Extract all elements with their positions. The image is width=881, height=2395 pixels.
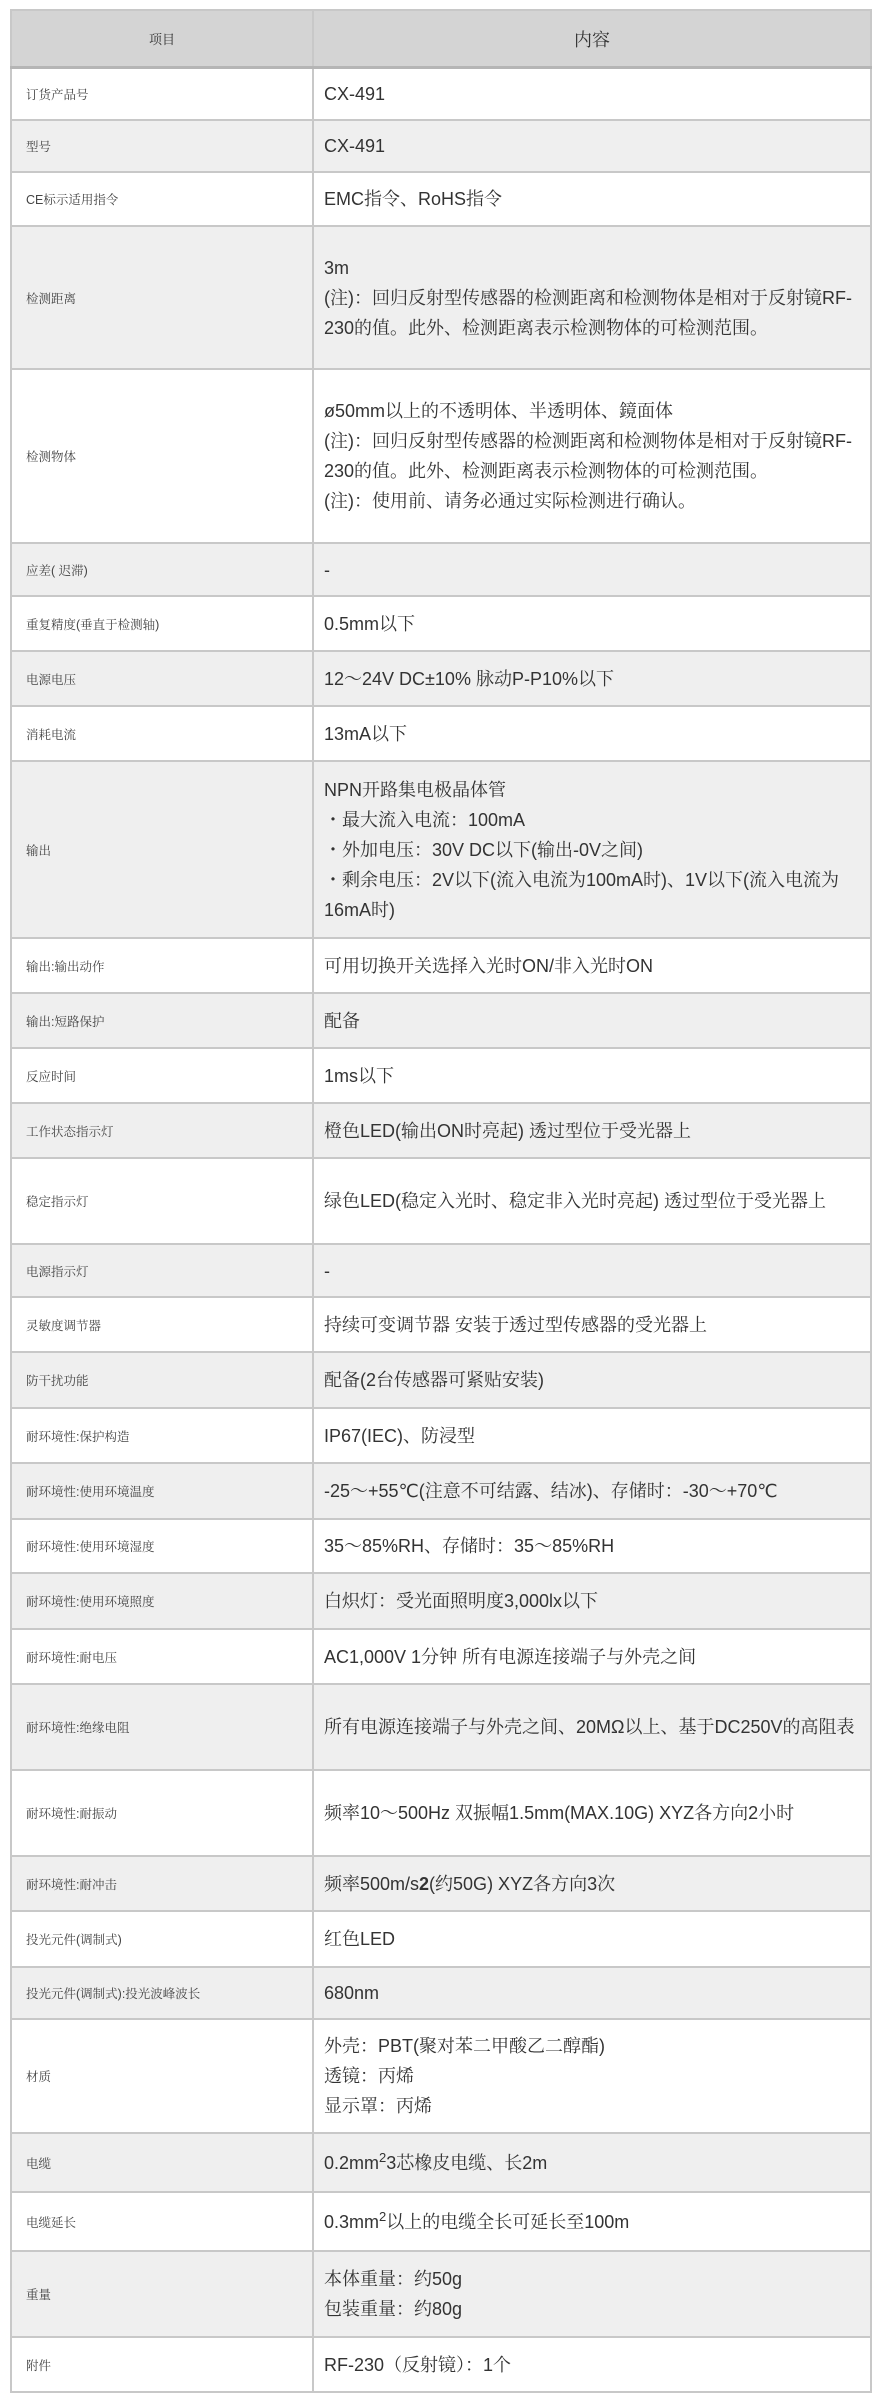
table-row: 输出:输出动作可用切换开关选择入光时ON/非入光时ON [11, 938, 871, 993]
value-line: 13mA以下 [324, 719, 858, 749]
table-row: 输出:短路保护配备 [11, 993, 871, 1048]
table-row: 电源电压12～24V DC±10% 脉动P-P10%以下 [11, 651, 871, 706]
value-text: 0.3mm [324, 2212, 379, 2232]
spec-item-value: 配备(2台传感器可紧贴安装) [313, 1352, 871, 1408]
value-line: 绿色LED(稳定入光时、稳定非入光时亮起) 透过型位于受光器上 [324, 1186, 858, 1216]
spec-item-label: 耐环境性:使用环境温度 [11, 1463, 313, 1519]
spec-item-value: 红色LED [313, 1911, 871, 1967]
value-line: CX-491 [324, 79, 858, 109]
spec-item-label: 输出:输出动作 [11, 938, 313, 993]
value-line: NPN开路集电极晶体管 [324, 775, 858, 805]
spec-item-label: 附件 [11, 2337, 313, 2392]
table-row: 耐环境性:耐冲击频率500m/s2(约50G) XYZ各方向3次 [11, 1856, 871, 1911]
table-row: 灵敏度调节器持续可变调节器 安装于透过型传感器的受光器上 [11, 1297, 871, 1352]
value-line: AC1,000V 1分钟 所有电源连接端子与外壳之间 [324, 1642, 858, 1672]
spec-item-label: 订货产品号 [11, 68, 313, 121]
spec-item-label: 耐环境性:使用环境照度 [11, 1573, 313, 1629]
value-text: 以上的电缆全长可延长至100m [386, 2212, 629, 2232]
table-row: 防干扰功能配备(2台传感器可紧贴安装) [11, 1352, 871, 1408]
value-line: (注)：回归反射型传感器的检测距离和检测物体是相对于反射镜RF-230的值。此外… [324, 426, 858, 486]
spec-item-label: 耐环境性:使用环境湿度 [11, 1519, 313, 1573]
value-line: -25～+55℃(注意不可结露、结冰)、存储时：-30～+70℃ [324, 1476, 858, 1506]
spec-item-value: - [313, 1244, 871, 1297]
spec-item-value: AC1,000V 1分钟 所有电源连接端子与外壳之间 [313, 1629, 871, 1684]
spec-item-value: -25～+55℃(注意不可结露、结冰)、存储时：-30～+70℃ [313, 1463, 871, 1519]
table-row: 耐环境性:绝缘电阻所有电源连接端子与外壳之间、20MΩ以上、基于DC250V的高… [11, 1684, 871, 1770]
spec-item-label: 检测距离 [11, 226, 313, 369]
value-line: ø50mm以上的不透明体、半透明体、鏡面体 [324, 396, 858, 426]
spec-item-value: EMC指令、RoHS指令 [313, 172, 871, 226]
value-line: ・剩余电压：2V以下(流入电流为100mA时)、1V以下(流入电流为16mA时) [324, 865, 858, 925]
value-line: 12～24V DC±10% 脉动P-P10%以下 [324, 664, 858, 694]
spec-item-value: CX-491 [313, 68, 871, 121]
spec-item-label: CE标示适用指令 [11, 172, 313, 226]
value-line: 可用切换开关选择入光时ON/非入光时ON [324, 951, 858, 981]
spec-item-value: CX-491 [313, 120, 871, 172]
value-line: 1ms以下 [324, 1061, 858, 1091]
value-line: EMC指令、RoHS指令 [324, 184, 858, 214]
spec-item-value: 可用切换开关选择入光时ON/非入光时ON [313, 938, 871, 993]
value-line: 3m [324, 253, 858, 283]
table-row: CE标示适用指令EMC指令、RoHS指令 [11, 172, 871, 226]
value-line: 配备 [324, 1006, 858, 1036]
spec-item-label: 检测物体 [11, 369, 313, 543]
spec-item-value: 12～24V DC±10% 脉动P-P10%以下 [313, 651, 871, 706]
value-line: RF-230（反射镜）：1个 [324, 2350, 858, 2380]
value-line: (注)：回归反射型传感器的检测距离和检测物体是相对于反射镜RF-230的值。此外… [324, 283, 858, 343]
spec-item-label: 电缆 [11, 2133, 313, 2192]
spec-item-label: 耐环境性:耐电压 [11, 1629, 313, 1684]
spec-item-label: 耐环境性:绝缘电阻 [11, 1684, 313, 1770]
spec-item-value: 1ms以下 [313, 1048, 871, 1103]
value-text: 频率500m/s [324, 1874, 419, 1894]
value-line: ・最大流入电流：100mA [324, 805, 858, 835]
value-line: 频率10～500Hz 双振幅1.5mm(MAX.10G) XYZ各方向2小时 [324, 1798, 858, 1828]
spec-item-value: NPN开路集电极晶体管・最大流入电流：100mA・外加电压：30V DC以下(输… [313, 761, 871, 938]
column-header-content: 内容 [313, 10, 871, 68]
table-row: 消耗电流13mA以下 [11, 706, 871, 761]
spec-item-label: 型号 [11, 120, 313, 172]
spec-item-label: 电缆延长 [11, 2192, 313, 2251]
spec-item-label: 工作状态指示灯 [11, 1103, 313, 1158]
table-row: 稳定指示灯绿色LED(稳定入光时、稳定非入光时亮起) 透过型位于受光器上 [11, 1158, 871, 1244]
spec-item-value: 绿色LED(稳定入光时、稳定非入光时亮起) 透过型位于受光器上 [313, 1158, 871, 1244]
value-line: - [324, 1256, 858, 1286]
value-line: 本体重量：约50g [324, 2264, 858, 2294]
spec-item-value: 橙色LED(输出ON时亮起) 透过型位于受光器上 [313, 1103, 871, 1158]
spec-item-label: 重量 [11, 2251, 313, 2337]
value-line: 0.5mm以下 [324, 609, 858, 639]
table-row: 电源指示灯- [11, 1244, 871, 1297]
table-row: 反应时间1ms以下 [11, 1048, 871, 1103]
table-row: 投光元件(调制式):投光波峰波长680nm [11, 1967, 871, 2019]
spec-item-label: 应差( 迟滞) [11, 543, 313, 596]
spec-item-label: 重复精度(垂直于检测轴) [11, 596, 313, 651]
value-line: 外壳：PBT(聚对苯二甲酸乙二醇酯) [324, 2031, 858, 2061]
column-header-item: 项目 [11, 10, 313, 68]
spec-item-label: 电源电压 [11, 651, 313, 706]
spec-item-label: 防干扰功能 [11, 1352, 313, 1408]
table-row: 耐环境性:使用环境照度白炽灯：受光面照明度3,000lx以下 [11, 1573, 871, 1629]
value-text: 0.2mm [324, 2153, 379, 2173]
spec-item-value: RF-230（反射镜）：1个 [313, 2337, 871, 2392]
value-line: 红色LED [324, 1924, 858, 1954]
spec-item-value: 0.2mm23芯橡皮电缆、长2m [313, 2133, 871, 2192]
table-row: 重量本体重量：约50g包装重量：约80g [11, 2251, 871, 2337]
spec-item-value: IP67(IEC)、防浸型 [313, 1408, 871, 1463]
bold-text: 2 [419, 1874, 429, 1894]
spec-item-value: 35～85%RH、存储时：35～85%RH [313, 1519, 871, 1573]
spec-item-value: 3m(注)：回归反射型传感器的检测距离和检测物体是相对于反射镜RF-230的值。… [313, 226, 871, 369]
spec-item-value: 本体重量：约50g包装重量：约80g [313, 2251, 871, 2337]
value-line: 35～85%RH、存储时：35～85%RH [324, 1531, 858, 1561]
spec-item-label: 投光元件(调制式):投光波峰波长 [11, 1967, 313, 2019]
value-line: IP67(IEC)、防浸型 [324, 1421, 858, 1451]
value-text: (约50G) XYZ各方向3次 [429, 1874, 615, 1894]
value-line: 透镜：丙烯 [324, 2061, 858, 2091]
table-row: 应差( 迟滞)- [11, 543, 871, 596]
table-row: 检测距离3m(注)：回归反射型传感器的检测距离和检测物体是相对于反射镜RF-23… [11, 226, 871, 369]
table-row: 工作状态指示灯橙色LED(输出ON时亮起) 透过型位于受光器上 [11, 1103, 871, 1158]
table-row: 输出NPN开路集电极晶体管・最大流入电流：100mA・外加电压：30V DC以下… [11, 761, 871, 938]
spec-item-label: 反应时间 [11, 1048, 313, 1103]
spec-item-value: 配备 [313, 993, 871, 1048]
spec-item-value: 持续可变调节器 安装于透过型传感器的受光器上 [313, 1297, 871, 1352]
spec-item-label: 电源指示灯 [11, 1244, 313, 1297]
spec-item-label: 耐环境性:耐冲击 [11, 1856, 313, 1911]
table-row: 耐环境性:使用环境湿度35～85%RH、存储时：35～85%RH [11, 1519, 871, 1573]
spec-item-label: 消耗电流 [11, 706, 313, 761]
spec-item-value: 13mA以下 [313, 706, 871, 761]
spec-item-value: 白炽灯：受光面照明度3,000lx以下 [313, 1573, 871, 1629]
value-line: 持续可变调节器 安装于透过型传感器的受光器上 [324, 1310, 858, 1340]
spec-table: 项目 内容 订货产品号CX-491型号CX-491CE标示适用指令EMC指令、R… [10, 9, 872, 2393]
value-line: 橙色LED(输出ON时亮起) 透过型位于受光器上 [324, 1116, 858, 1146]
spec-item-value: ø50mm以上的不透明体、半透明体、鏡面体(注)：回归反射型传感器的检测距离和检… [313, 369, 871, 543]
table-row: 电缆0.2mm23芯橡皮电缆、长2m [11, 2133, 871, 2192]
value-line: 配备(2台传感器可紧贴安装) [324, 1365, 858, 1395]
value-line: 所有电源连接端子与外壳之间、20MΩ以上、基于DC250V的高阻表 [324, 1712, 858, 1742]
value-line: (注)：使用前、请务必通过实际检测进行确认。 [324, 486, 858, 516]
spec-item-label: 稳定指示灯 [11, 1158, 313, 1244]
table-row: 耐环境性:保护构造IP67(IEC)、防浸型 [11, 1408, 871, 1463]
spec-item-label: 材质 [11, 2019, 313, 2133]
spec-item-label: 输出 [11, 761, 313, 938]
spec-item-value: 所有电源连接端子与外壳之间、20MΩ以上、基于DC250V的高阻表 [313, 1684, 871, 1770]
spec-item-value: - [313, 543, 871, 596]
table-row: 检测物体ø50mm以上的不透明体、半透明体、鏡面体(注)：回归反射型传感器的检测… [11, 369, 871, 543]
spec-item-label: 耐环境性:保护构造 [11, 1408, 313, 1463]
spec-item-label: 投光元件(调制式) [11, 1911, 313, 1967]
value-text: 3芯橡皮电缆、长2m [386, 2153, 547, 2173]
spec-item-value: 频率10～500Hz 双振幅1.5mm(MAX.10G) XYZ各方向2小时 [313, 1770, 871, 1856]
table-row: 电缆延长0.3mm2以上的电缆全长可延长至100m [11, 2192, 871, 2251]
table-row: 投光元件(调制式)红色LED [11, 1911, 871, 1967]
spec-item-value: 频率500m/s2(约50G) XYZ各方向3次 [313, 1856, 871, 1911]
table-row: 型号CX-491 [11, 120, 871, 172]
spec-item-label: 耐环境性:耐振动 [11, 1770, 313, 1856]
table-row: 重复精度(垂直于检测轴)0.5mm以下 [11, 596, 871, 651]
spec-item-label: 灵敏度调节器 [11, 1297, 313, 1352]
value-line: 680nm [324, 1978, 858, 2008]
value-line: CX-491 [324, 131, 858, 161]
spec-item-value: 680nm [313, 1967, 871, 2019]
table-row: 订货产品号CX-491 [11, 68, 871, 121]
spec-item-value: 外壳：PBT(聚对苯二甲酸乙二醇酯)透镜：丙烯显示罩：丙烯 [313, 2019, 871, 2133]
spec-item-value: 0.3mm2以上的电缆全长可延长至100m [313, 2192, 871, 2251]
value-line: - [324, 555, 858, 585]
table-row: 耐环境性:耐振动频率10～500Hz 双振幅1.5mm(MAX.10G) XYZ… [11, 1770, 871, 1856]
table-row: 材质外壳：PBT(聚对苯二甲酸乙二醇酯)透镜：丙烯显示罩：丙烯 [11, 2019, 871, 2133]
table-row: 附件RF-230（反射镜）：1个 [11, 2337, 871, 2392]
value-line: 显示罩：丙烯 [324, 2091, 858, 2121]
table-row: 耐环境性:耐电压AC1,000V 1分钟 所有电源连接端子与外壳之间 [11, 1629, 871, 1684]
table-header-row: 项目 内容 [11, 10, 871, 68]
value-line: 包装重量：约80g [324, 2294, 858, 2324]
spec-item-label: 输出:短路保护 [11, 993, 313, 1048]
spec-item-value: 0.5mm以下 [313, 596, 871, 651]
table-row: 耐环境性:使用环境温度-25～+55℃(注意不可结露、结冰)、存储时：-30～+… [11, 1463, 871, 1519]
table-body: 订货产品号CX-491型号CX-491CE标示适用指令EMC指令、RoHS指令检… [11, 68, 871, 2393]
value-line: ・外加电压：30V DC以下(输出-0V之间) [324, 835, 858, 865]
value-line: 白炽灯：受光面照明度3,000lx以下 [324, 1586, 858, 1616]
